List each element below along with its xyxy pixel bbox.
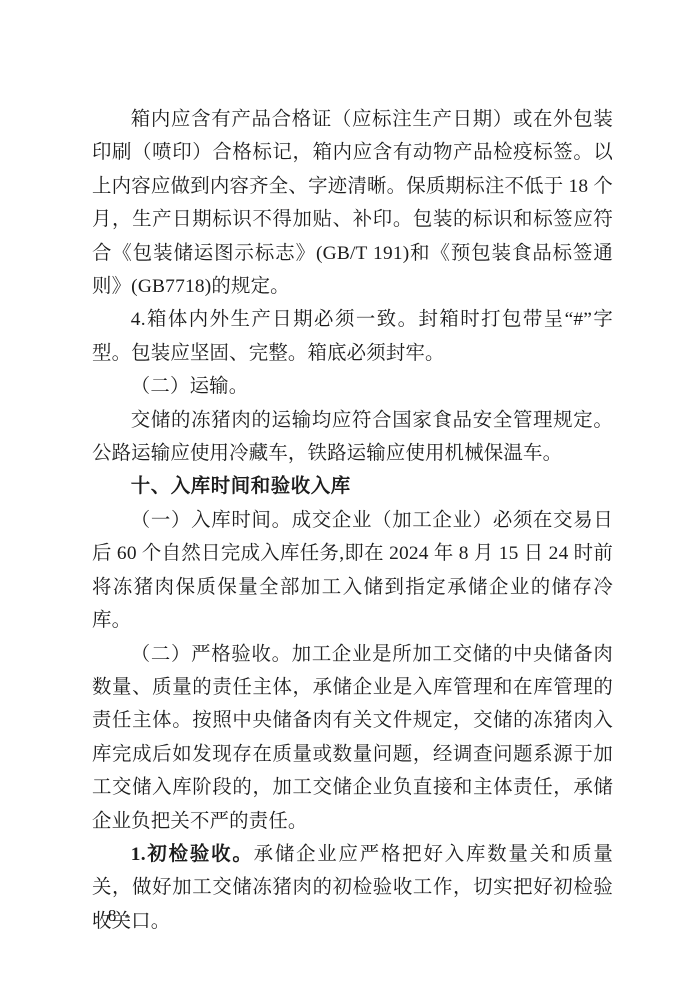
document-page: 箱内应含有产品合格证（应标注生产日期）或在外包装印刷（喷印）合格标记，箱内应含有… — [0, 0, 700, 989]
page-number: - 8 - — [94, 905, 132, 927]
paragraph-bold-lead: 1.初检验收。 — [131, 844, 254, 865]
paragraph: （一）入库时间。成交企业（加工企业）必须在交易日后 60 个自然日完成入库任务,… — [92, 504, 613, 638]
paragraph: （二）运输。 — [92, 370, 613, 403]
paragraph: 1.初检验收。承储企业应严格把好入库数量关和质量关，做好加工交储冻猪肉的初检验收… — [92, 838, 613, 938]
paragraph: 4.箱体内外生产日期必须一致。封箱时打包带呈“#”字型。包装应坚固、完整。箱底必… — [92, 303, 613, 370]
section-heading: 十、入库时间和验收入库 — [92, 470, 613, 503]
document-content: 箱内应含有产品合格证（应标注生产日期）或在外包装印刷（喷印）合格标记，箱内应含有… — [92, 103, 613, 938]
paragraph: （二）严格验收。加工企业是所加工交储的中央储备肉数量、质量的责任主体，承储企业是… — [92, 638, 613, 838]
paragraph: 交储的冻猪肉的运输均应符合国家食品安全管理规定。公路运输应使用冷藏车，铁路运输应… — [92, 404, 613, 471]
paragraph: 箱内应含有产品合格证（应标注生产日期）或在外包装印刷（喷印）合格标记，箱内应含有… — [92, 103, 613, 303]
